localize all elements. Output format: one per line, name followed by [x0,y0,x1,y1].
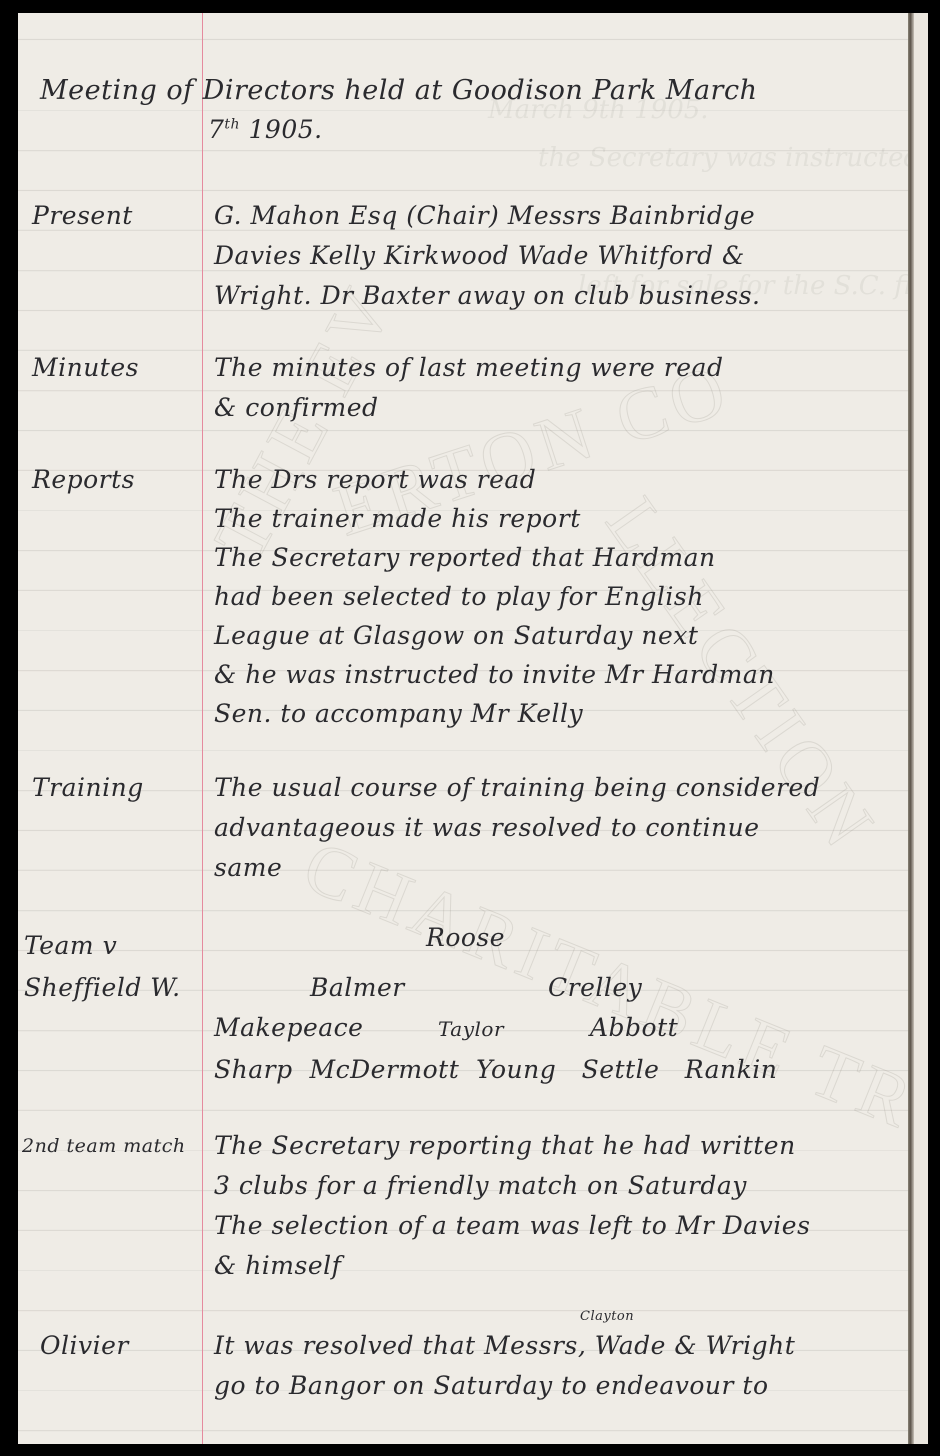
reports-line-5: League at Glasgow on Saturday next [214,621,698,650]
heading-line-1: Meeting of Directors held at Goodison Pa… [40,75,757,106]
present-line-2: Davies Kelly Kirkwood Wade Whitford & [214,241,745,270]
team-half-1: Makepeace [214,1013,363,1042]
team-forward-2: McDermott [310,1055,460,1084]
section-label-olivier: Olivier [40,1331,129,1360]
heading-day-suffix: th [224,117,240,133]
section-label-team-line-1: Team v [24,931,117,960]
team-forward-4: Settle [582,1055,660,1084]
insertion-clayton: Clayton [580,1309,634,1324]
bleed-through-text: the Secretary was instructed to [538,143,915,173]
reports-line-1: The Drs report was read [214,465,536,494]
heading-year: 1905. [249,115,323,144]
team-goalkeeper: Roose [426,923,505,952]
ledger-page: March 9th 1905. the Secretary was instru… [18,13,915,1444]
reports-line-2: The trainer made his report [214,504,581,533]
section-label-training: Training [32,773,144,802]
olivier-line-2: go to Bangor on Saturday to endeavour to [214,1371,769,1400]
present-line-1: G. Mahon Esq (Chair) Messrs Bainbridge [214,201,755,230]
reports-line-4: had been selected to play for English [214,582,704,611]
adjacent-page-strip [914,13,928,1444]
reports-line-6: & he was instructed to invite Mr Hardman [214,660,775,689]
minutes-line-1: The minutes of last meeting were read [214,353,723,382]
team-forward-3: Young [476,1055,556,1084]
present-line-3: Wright. Dr Baxter away on club business. [214,281,760,310]
heading-line-2: 7th 1905. [208,115,323,144]
olivier-line-1: It was resolved that Messrs, Wade & Wrig… [214,1331,795,1360]
reports-line-3: The Secretary reported that Hardman [214,543,716,572]
team-half-3: Abbott [590,1013,678,1042]
second-team-line-2: 3 clubs for a friendly match on Saturday [214,1171,747,1200]
team-forward-5: Rankin [685,1055,778,1084]
section-label-reports: Reports [32,465,135,494]
team-back-1: Balmer [310,973,405,1002]
section-label-second-team: 2nd team match [22,1135,186,1157]
second-team-line-1: The Secretary reporting that he had writ… [214,1131,796,1160]
section-label-present: Present [32,201,133,230]
heading-day: 7 [208,115,224,144]
second-team-line-4: & himself [214,1251,341,1280]
team-forwards: Sharp McDermott Young Settle Rankin [214,1055,777,1084]
second-team-line-3: The selection of a team was left to Mr D… [214,1211,810,1240]
training-line-2: advantageous it was resolved to continue [214,813,760,842]
section-label-minutes: Minutes [32,353,139,382]
red-margin-rule [202,13,203,1444]
team-half-2: Taylor [438,1017,504,1041]
reports-line-7: Sen. to accompany Mr Kelly [214,699,583,728]
training-line-3: same [214,853,282,882]
training-line-1: The usual course of training being consi… [214,773,820,802]
team-back-2: Crelley [548,973,642,1002]
minutes-line-2: & confirmed [214,393,379,422]
section-label-team-line-2: Sheffield W. [24,973,181,1002]
team-forward-1: Sharp [214,1055,293,1084]
